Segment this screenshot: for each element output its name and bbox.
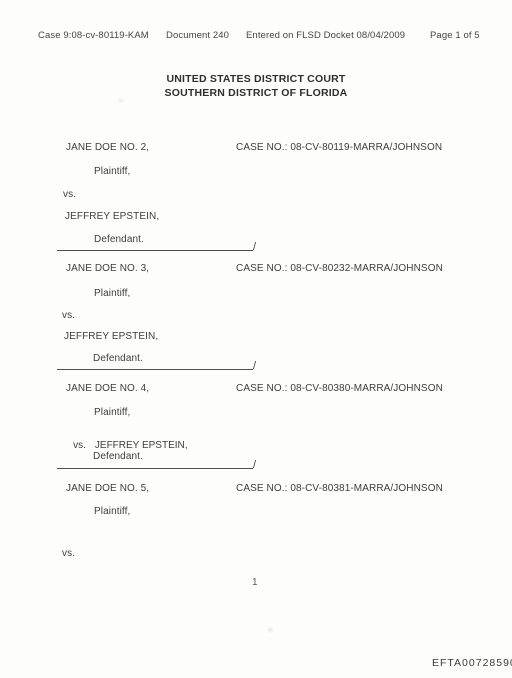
- plaintiff-label: Plaintiff,: [94, 506, 130, 517]
- court-title-line1: UNITED STATES DISTRICT COURT: [0, 72, 512, 86]
- defendant-name: JEFFREY EPSTEIN,: [95, 440, 188, 451]
- case-number: CASE NO.: 08-CV-80119-MARRA/JOHNSON: [236, 142, 442, 153]
- docket-header-case: Case 9:08-cv-80119-KAM: [38, 30, 149, 41]
- plaintiff-name: JANE DOE NO. 3,: [66, 263, 149, 274]
- caption-separator-line: [57, 243, 253, 251]
- plaintiff-label: Plaintiff,: [94, 288, 130, 299]
- defendant-name: JEFFREY EPSTEIN,: [64, 331, 158, 342]
- docket-header-document: Document 240: [166, 30, 229, 41]
- case-number: CASE NO.: 08-CV-80380-MARRA/JOHNSON: [236, 383, 443, 394]
- plaintiff-name: JANE DOE NO. 5,: [66, 483, 149, 494]
- defendant-name: JEFFREY EPSTEIN,: [65, 211, 159, 222]
- case-number: CASE NO.: 08-CV-80381-MARRA/JOHNSON: [236, 483, 443, 494]
- court-title-line2: SOUTHERN DISTRICT OF FLORIDA: [0, 86, 512, 100]
- court-title: UNITED STATES DISTRICT COURT SOUTHERN DI…: [0, 72, 512, 100]
- vs-label: vs.: [62, 548, 75, 559]
- plaintiff-name: JANE DOE NO. 2,: [66, 142, 149, 153]
- docket-header-page: Page 1 of 5: [430, 30, 480, 41]
- scan-smudge: [118, 99, 124, 102]
- bates-stamp: EFTA00728590: [432, 658, 512, 669]
- plaintiff-label: Plaintiff,: [94, 166, 130, 177]
- caption-separator-slash: /: [253, 241, 256, 253]
- case-number: CASE NO.: 08-CV-80232-MARRA/JOHNSON: [236, 263, 443, 274]
- plaintiff-label: Plaintiff,: [94, 407, 130, 418]
- docket-header-entered: Entered on FLSD Docket 08/04/2009: [246, 30, 405, 41]
- plaintiff-name: JANE DOE NO. 4,: [66, 383, 149, 394]
- scan-smudge: [268, 628, 273, 632]
- caption-separator-slash: /: [253, 459, 256, 471]
- scanned-court-document-page: Case 9:08-cv-80119-KAM Document 240 Ente…: [0, 0, 512, 678]
- vs-label: vs.: [62, 310, 75, 321]
- caption-separator-line: [57, 461, 253, 469]
- page-number: 1: [252, 577, 258, 588]
- caption-separator-slash: /: [253, 360, 256, 372]
- vs-label: vs.: [63, 189, 76, 200]
- vs-label: vs.: [73, 440, 86, 451]
- caption-separator-line: [57, 362, 253, 370]
